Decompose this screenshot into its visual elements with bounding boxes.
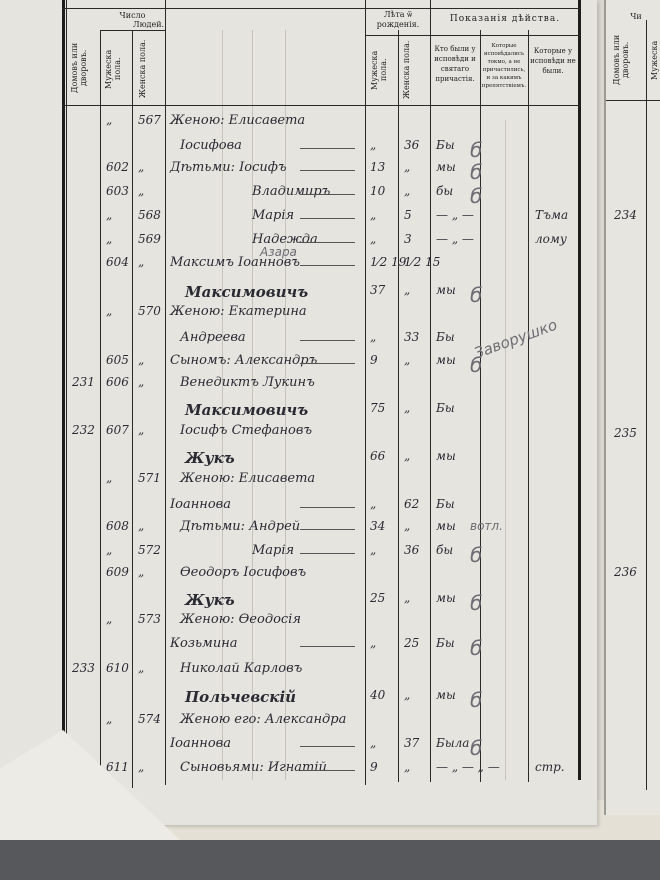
margin-note: Заворушко [472, 316, 560, 363]
age-female: 33 [404, 330, 419, 344]
filler-dash [300, 363, 355, 364]
age-male: 1⁄2 19 [370, 255, 406, 269]
male-serial: 608 [106, 519, 129, 533]
male-serial: 602 [106, 160, 129, 174]
confession-status: мы [436, 519, 456, 533]
filler-dash [300, 242, 355, 243]
person-name: Марія [252, 543, 294, 558]
header-female: Женска пола. [138, 38, 162, 100]
header-top-rule [62, 8, 580, 9]
person-name: Венедиктъ Лукинъ [180, 375, 315, 390]
person-name: Андреева [180, 330, 246, 345]
person-name: Сыномъ: Александръ [170, 353, 317, 368]
age-male: „ [370, 497, 376, 511]
male-serial: 604 [106, 255, 129, 269]
col-divider-name [365, 0, 366, 785]
male-serial: „ [106, 113, 112, 127]
male-serial: 609 [106, 565, 129, 579]
age-female: „ [404, 688, 410, 702]
male-serial: 605 [106, 353, 129, 367]
filler-dash [300, 507, 355, 508]
filler-dash [300, 218, 355, 219]
male-serial: 610 [106, 661, 129, 675]
age-male: 34 [370, 519, 385, 533]
margin-note: б [470, 353, 482, 377]
male-serial: „ [106, 471, 112, 485]
female-serial: „ [138, 661, 144, 675]
person-name: Дѣтьми: Іосифъ [170, 160, 287, 175]
margin-note: Тъма [535, 208, 568, 222]
person-name: Іоаннова [170, 497, 231, 512]
age-male: 9 [370, 353, 378, 367]
person-name: Іосифова [180, 138, 242, 153]
female-serial: 570 [138, 304, 161, 318]
right-col-divider [646, 20, 647, 790]
filler-dash [300, 746, 355, 747]
age-male: „ [370, 636, 376, 650]
filler-dash [300, 553, 355, 554]
margin-note: лому [535, 232, 567, 246]
col-divider-house [100, 30, 101, 788]
female-serial: „ [138, 353, 144, 367]
filler-dash [300, 646, 355, 647]
margin-note: б [470, 688, 482, 712]
person-name: Іосифъ Стефановъ [180, 423, 312, 438]
age-female: „ [404, 760, 410, 774]
age-female: 36 [404, 543, 419, 557]
age-female: „ [404, 353, 410, 367]
male-serial: „ [106, 612, 112, 626]
confession-status: бы [436, 543, 453, 557]
age-male: 37 [370, 283, 385, 297]
right-header-house: Домовъ или дворовъ. [612, 30, 632, 90]
confession-status: мы [436, 160, 456, 174]
register-page: Число Домовъ или дворовъ. Людей. Мужеска… [0, 0, 597, 825]
age-male: 13 [370, 160, 385, 174]
confession-status: мы [436, 449, 456, 463]
header-age: Лѣта ѿ рожденія. [366, 10, 430, 30]
age-male: „ [370, 736, 376, 750]
house-number: 232 [72, 423, 95, 437]
male-serial: 607 [106, 423, 129, 437]
confession-status: — „ — [436, 208, 474, 222]
female-serial: 571 [138, 471, 161, 485]
person-name: Жукъ [185, 449, 235, 467]
header-house: Домовъ или дворовъ. [70, 35, 96, 100]
female-serial: „ [138, 519, 144, 533]
filler-dash [300, 529, 355, 530]
female-serial: 574 [138, 712, 161, 726]
person-name: Женою его: Александра [180, 712, 346, 727]
confession-status: Бы [436, 497, 455, 511]
right-house-number: 234 [614, 208, 637, 222]
header-confessed: Кто были у исповѣди и святаго причастія. [431, 44, 479, 84]
confession-status: — „ — „ — [436, 760, 500, 774]
person-name: Дѣтьми: Андрей [180, 519, 300, 534]
female-serial: „ [138, 423, 144, 437]
left-border-inner [66, 0, 67, 745]
age-female: 36 [404, 138, 419, 152]
age-male: 40 [370, 688, 385, 702]
margin-note: вотл. [470, 519, 503, 533]
right-house-number: 235 [614, 426, 637, 440]
header-sub-rule [365, 35, 580, 36]
female-serial: „ [138, 565, 144, 579]
age-female: 62 [404, 497, 419, 511]
margin-note: б [470, 636, 482, 660]
header-sub-rule [100, 30, 165, 31]
filler-dash [300, 148, 355, 149]
confession-status: Была [436, 736, 469, 750]
person-name: Владимиръ [252, 184, 330, 199]
person-name: Сыновьями: Игнатій [180, 760, 327, 775]
confession-status: Бы [436, 138, 455, 152]
margin-note: б [470, 591, 482, 615]
female-serial: 573 [138, 612, 161, 626]
female-serial: „ [138, 160, 144, 174]
right-header-male: Мужеска пола. [650, 30, 660, 90]
header-people: Людей. [132, 20, 165, 30]
person-name: Жукъ [185, 591, 235, 609]
confession-status: мы [436, 591, 456, 605]
margin-note: Азара [260, 245, 297, 259]
female-serial: 569 [138, 232, 161, 246]
female-serial: „ [138, 184, 144, 198]
confession-status: мы [436, 283, 456, 297]
person-name: Марія [252, 208, 294, 223]
confession-status: бы [436, 184, 453, 198]
male-serial: „ [106, 712, 112, 726]
person-name: Максимовичъ [185, 401, 308, 419]
person-name: Женою: Екатерина [170, 304, 307, 319]
col-divider-male [132, 30, 133, 788]
right-house-number: 236 [614, 565, 637, 579]
col-divider-age-f [430, 0, 431, 782]
right-header-partial: Чи [616, 12, 656, 22]
person-name: Женою: Елисавета [170, 113, 305, 128]
male-serial: 606 [106, 375, 129, 389]
age-male: „ [370, 138, 376, 152]
confession-status: Бы [436, 636, 455, 650]
male-serial: 611 [106, 760, 129, 774]
filler-dash [300, 340, 355, 341]
right-header-rule [606, 100, 660, 101]
confession-status: Бы [436, 330, 455, 344]
margin-note: стр. [535, 760, 565, 774]
margin-note: б [470, 160, 482, 184]
col-divider-confessed-only [528, 30, 529, 782]
margin-note: б [470, 138, 482, 162]
age-female: 3 [404, 232, 412, 246]
header-bottom-rule [62, 105, 580, 106]
age-female: „ [404, 591, 410, 605]
female-serial: 568 [138, 208, 161, 222]
person-name: Польчевскій [185, 688, 296, 706]
confession-status: мы [436, 688, 456, 702]
age-male: 66 [370, 449, 385, 463]
female-serial: „ [138, 255, 144, 269]
header-age-female: Женска пола. [402, 40, 426, 100]
age-male: 9 [370, 760, 378, 774]
filler-dash [300, 770, 355, 771]
female-serial: 572 [138, 543, 161, 557]
header-not-confessed: Которые у исповѣди не были. [529, 46, 577, 76]
margin-note: б [470, 543, 482, 567]
person-name: Женою: Елисавета [180, 471, 315, 486]
male-serial: „ [106, 543, 112, 557]
desk-surface [0, 835, 660, 880]
margin-note: б [470, 736, 482, 760]
person-name: Іоаннова [170, 736, 231, 751]
filler-dash [300, 170, 355, 171]
age-female: „ [404, 160, 410, 174]
age-female: „ [404, 519, 410, 533]
male-serial: 603 [106, 184, 129, 198]
age-female: „ [404, 449, 410, 463]
age-female: 1⁄2 15 [404, 255, 440, 269]
house-number: 233 [72, 661, 95, 675]
age-male: 25 [370, 591, 385, 605]
header-male: Мужеска пола. [104, 38, 128, 100]
female-serial: „ [138, 760, 144, 774]
person-name: Ѳеодоръ Іосифовъ [180, 565, 306, 580]
person-name: Козьмина [170, 636, 238, 651]
col-divider-age-m [398, 30, 399, 782]
female-serial: „ [138, 375, 144, 389]
age-female: „ [404, 283, 410, 297]
age-female: „ [404, 184, 410, 198]
margin-note: б [470, 283, 482, 307]
header-confessed-only: Которые исповѣдались токмо, а не причаст… [481, 42, 527, 90]
age-female: 5 [404, 208, 412, 222]
age-male: „ [370, 208, 376, 222]
col-divider-female [165, 0, 166, 785]
male-serial: „ [106, 208, 112, 222]
age-male: 10 [370, 184, 385, 198]
margin-note: б [470, 184, 482, 208]
male-serial: „ [106, 304, 112, 318]
confession-status: — „ — [436, 232, 474, 246]
faint-rule [505, 120, 506, 780]
filler-dash [300, 265, 355, 266]
age-male: 75 [370, 401, 385, 415]
person-name: Николай Карловъ [180, 661, 302, 676]
right-border [578, 0, 581, 780]
right-page-edge: Чи Домовъ или дворовъ. Мужеска пола. 234… [604, 0, 660, 815]
person-name: Максимовичъ [185, 283, 308, 301]
age-female: 37 [404, 736, 419, 750]
confession-status: Бы [436, 401, 455, 415]
header-status: Показанія дѣйства. [432, 14, 578, 24]
age-female: 25 [404, 636, 419, 650]
left-border [62, 0, 65, 745]
age-male: „ [370, 543, 376, 557]
confession-status: мы [436, 353, 456, 367]
age-female: „ [404, 401, 410, 415]
age-male: „ [370, 330, 376, 344]
male-serial: „ [106, 232, 112, 246]
age-male: „ [370, 232, 376, 246]
person-name: Женою: Ѳеодосія [180, 612, 301, 627]
female-serial: 567 [138, 113, 161, 127]
header-age-male: Мужеска пола. [370, 40, 394, 100]
filler-dash [300, 194, 355, 195]
house-number: 231 [72, 375, 95, 389]
